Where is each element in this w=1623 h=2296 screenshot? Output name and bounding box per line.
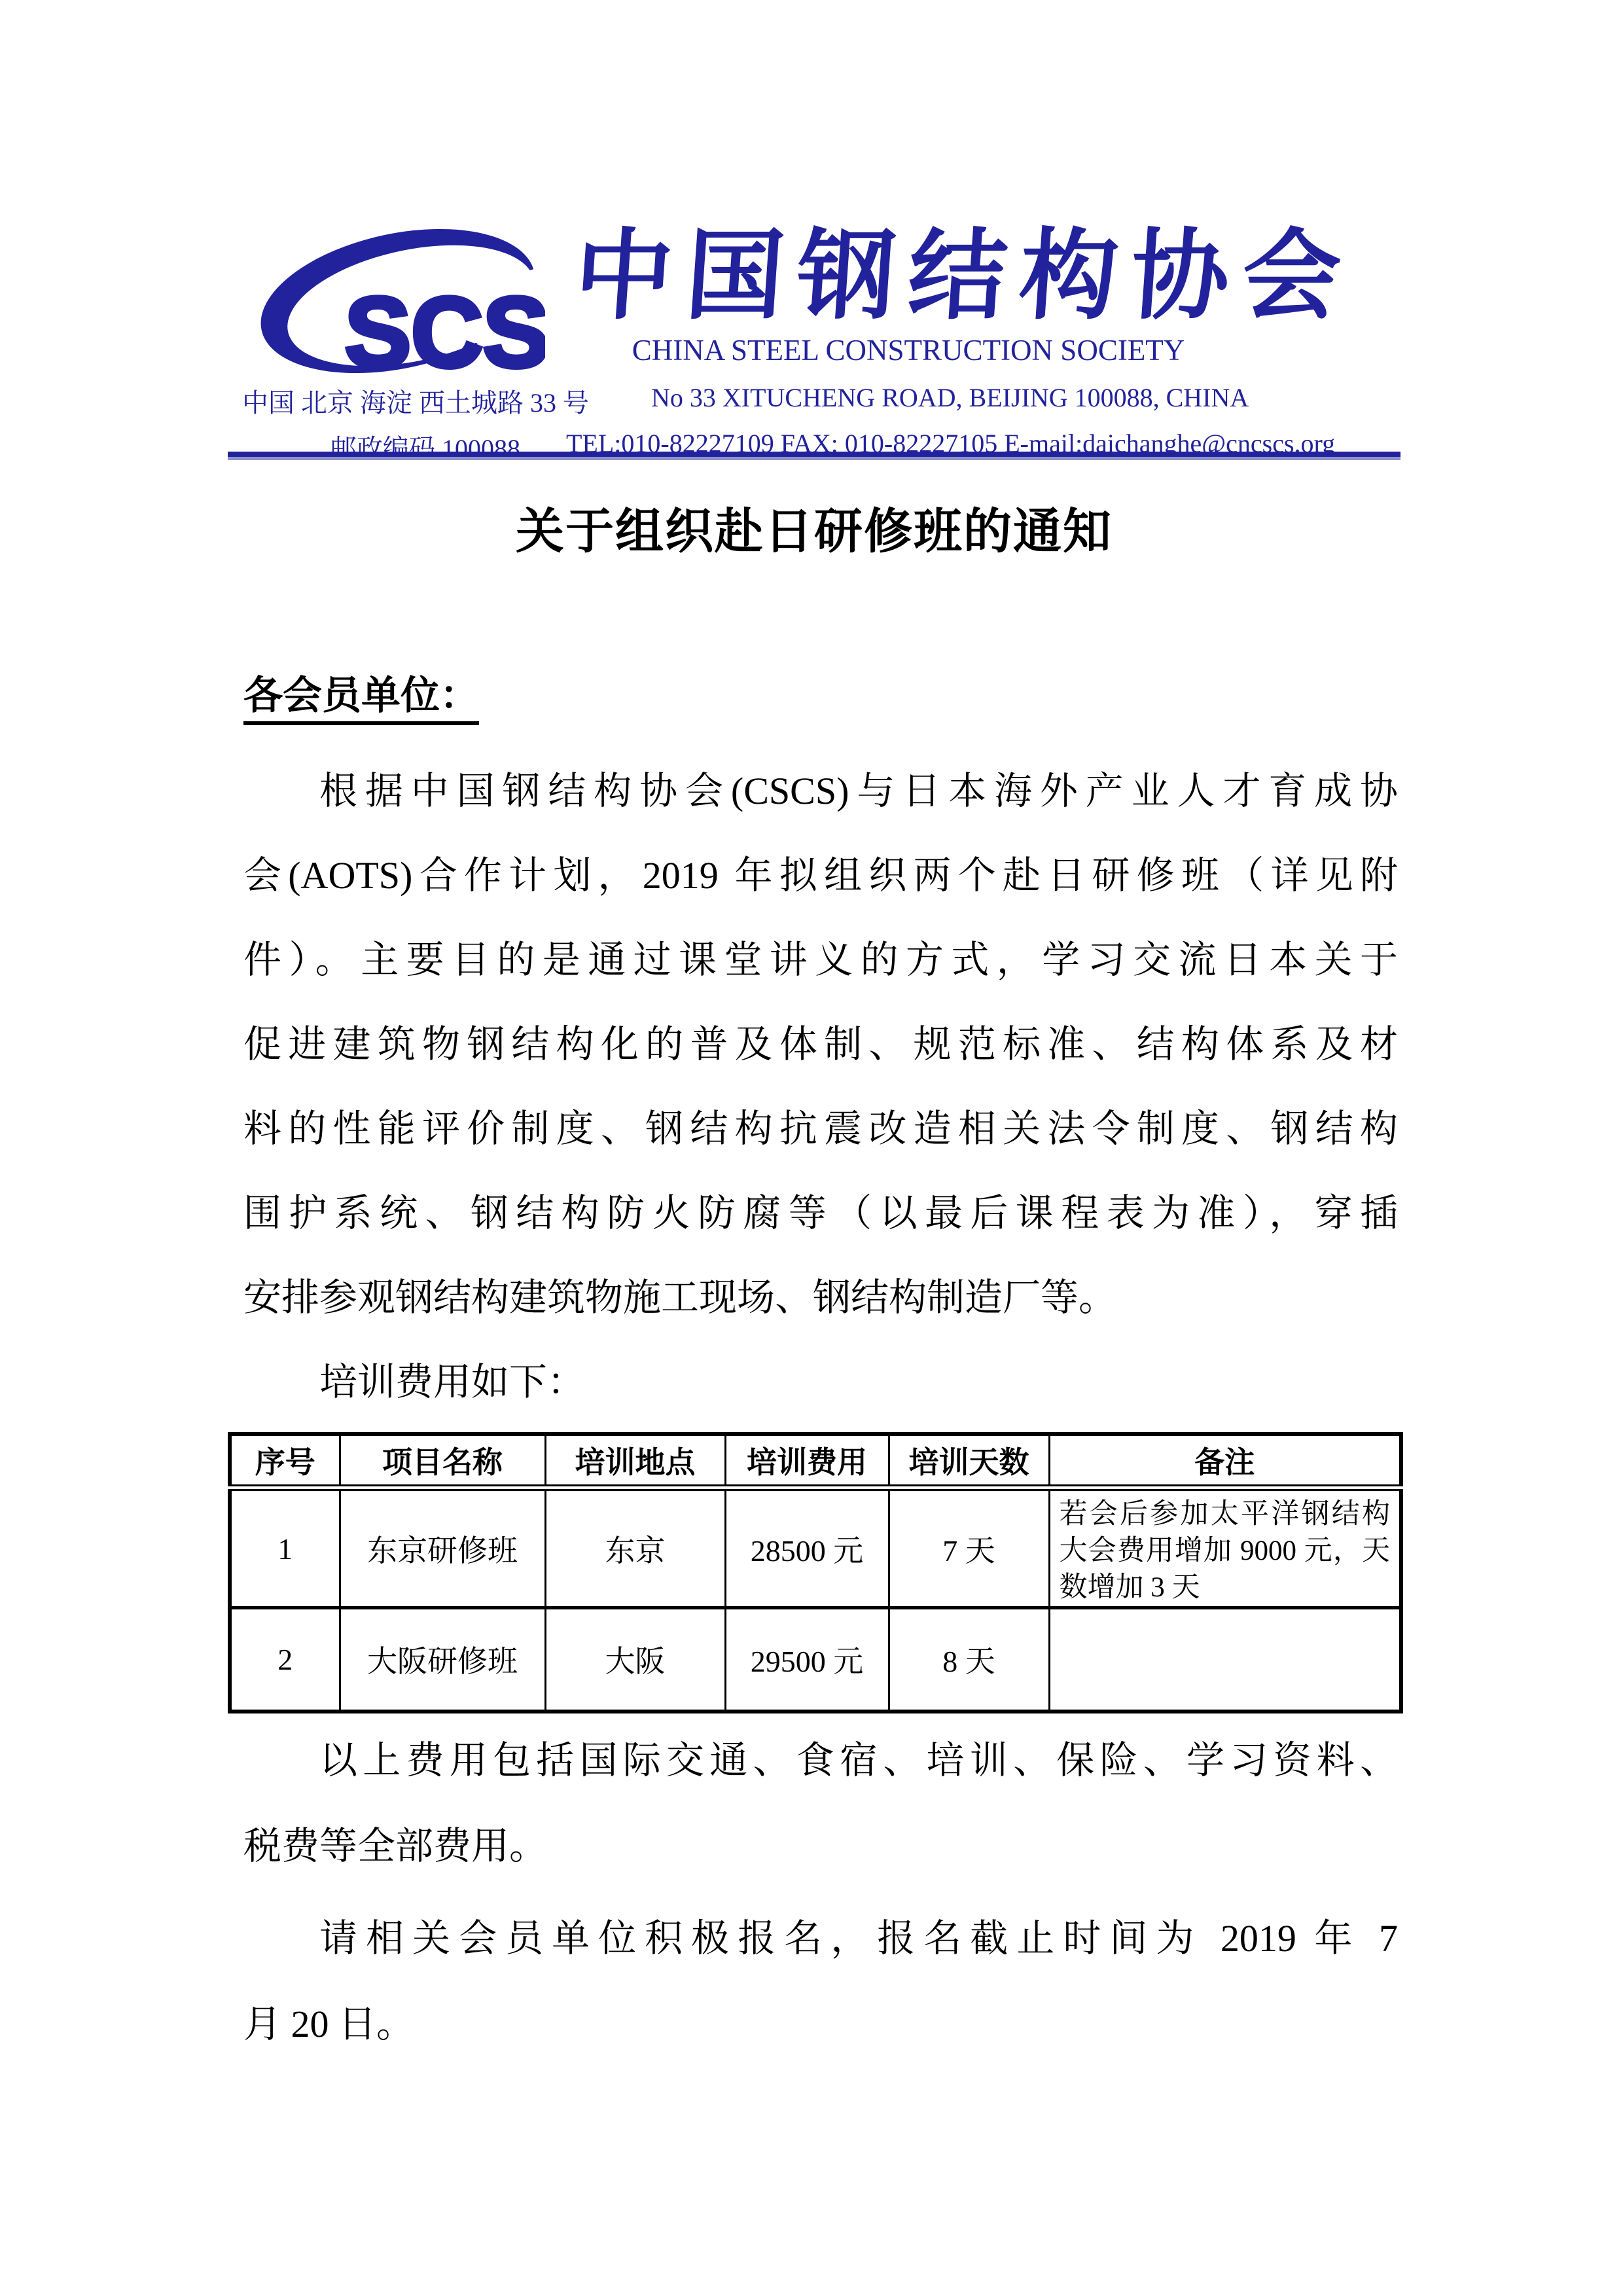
cell-remark bbox=[1049, 1608, 1401, 1712]
body-line: 以上费用包括国际交通、食宿、培训、保险、学习资料、 bbox=[243, 1717, 1398, 1803]
body-line: 请相关会员单位积极报名，报名截止时间为 2019 年 7 bbox=[243, 1895, 1398, 1981]
header-cell-no: 序号 bbox=[230, 1434, 340, 1488]
header-cell-days: 培训天数 bbox=[889, 1434, 1049, 1488]
header-cell-fee: 培训费用 bbox=[725, 1434, 889, 1488]
body-paragraph-2: 以上费用包括国际交通、食宿、培训、保险、学习资料、 税费等全部费用。 bbox=[243, 1717, 1398, 1889]
fee-intro-line: 培训费用如下： bbox=[243, 1340, 1398, 1424]
body-line: 月 20 日。 bbox=[243, 1981, 1398, 2067]
body-line: 根据中国钢结构协会(CSCS)与日本海外产业人才育成协 bbox=[243, 749, 1398, 833]
cell-no: 2 bbox=[230, 1608, 340, 1712]
org-name-cn: 中国钢结构协会 bbox=[571, 220, 1272, 336]
fee-table: 序号 项目名称 培训地点 培训费用 培训天数 备注 1 东京研修班 东京 285… bbox=[228, 1432, 1403, 1713]
scs-logo: SCS bbox=[257, 228, 545, 390]
header-cell-remark: 备注 bbox=[1049, 1434, 1401, 1488]
cell-remark: 若会后参加太平洋钢结构大会费用增加 9000 元，天数增加 3 天 bbox=[1049, 1488, 1401, 1608]
logo-swoosh-icon: SCS bbox=[257, 228, 545, 390]
cell-place: 东京 bbox=[545, 1488, 725, 1608]
org-name-en: CHINA STEEL CONSTRUCTION SOCIETY bbox=[562, 334, 1255, 367]
cell-no: 1 bbox=[230, 1488, 340, 1608]
body-paragraph-1: 根据中国钢结构协会(CSCS)与日本海外产业人才育成协 会(AOTS)合作计划，… bbox=[243, 749, 1398, 1424]
body-line: 促进建筑物钢结构化的普及体制、规范标准、结构体系及材 bbox=[243, 1002, 1398, 1086]
header-cell-name: 项目名称 bbox=[340, 1434, 545, 1488]
cell-name: 大阪研修班 bbox=[340, 1608, 545, 1712]
address-cn: 中国 北京 海淀 西土城路 33 号 bbox=[242, 382, 589, 420]
body-line: 围护系统、钢结构防火防腐等（以最后课程表为准），穿插 bbox=[243, 1171, 1398, 1255]
body-line: 料的性能评价制度、钢结构抗震改造相关法令制度、钢结构 bbox=[243, 1086, 1398, 1171]
body-paragraph-3: 请相关会员单位积极报名，报名截止时间为 2019 年 7 月 20 日。 bbox=[243, 1895, 1398, 2067]
table-row: 2 大阪研修班 大阪 29500 元 8 天 bbox=[230, 1608, 1401, 1712]
address-en: No 33 XITUCHENG ROAD, BEIJING 100088, CH… bbox=[651, 382, 1249, 413]
cell-fee: 29500 元 bbox=[725, 1608, 889, 1712]
logo-text: SCS bbox=[345, 277, 545, 388]
cell-fee: 28500 元 bbox=[725, 1488, 889, 1608]
body-line: 税费等全部费用。 bbox=[243, 1803, 1398, 1889]
cell-name: 东京研修班 bbox=[340, 1488, 545, 1608]
body-line: 会(AOTS)合作计划，2019 年拟组织两个赴日研修班（详见附 bbox=[243, 833, 1398, 918]
header-divider bbox=[228, 452, 1400, 460]
cell-place: 大阪 bbox=[545, 1608, 725, 1712]
header-cell-place: 培训地点 bbox=[545, 1434, 725, 1488]
table-row: 1 东京研修班 东京 28500 元 7 天 若会后参加太平洋钢结构大会费用增加… bbox=[230, 1488, 1401, 1608]
body-line: 件）。主要目的是通过课堂讲义的方式，学习交流日本关于 bbox=[243, 918, 1398, 1002]
cell-days: 8 天 bbox=[889, 1608, 1049, 1712]
document-page: SCS 中国钢结构协会 CHINA STEEL CONSTRUCTION SOC… bbox=[0, 0, 1623, 2296]
salutation: 各会员单位： bbox=[243, 673, 479, 725]
cell-days: 7 天 bbox=[889, 1488, 1049, 1608]
table-header-row: 序号 项目名称 培训地点 培训费用 培训天数 备注 bbox=[230, 1434, 1401, 1488]
body-line: 安排参观钢结构建筑物施工现场、钢结构制造厂等。 bbox=[243, 1255, 1398, 1340]
document-title: 关于组织赴日研修班的通知 bbox=[228, 504, 1400, 560]
